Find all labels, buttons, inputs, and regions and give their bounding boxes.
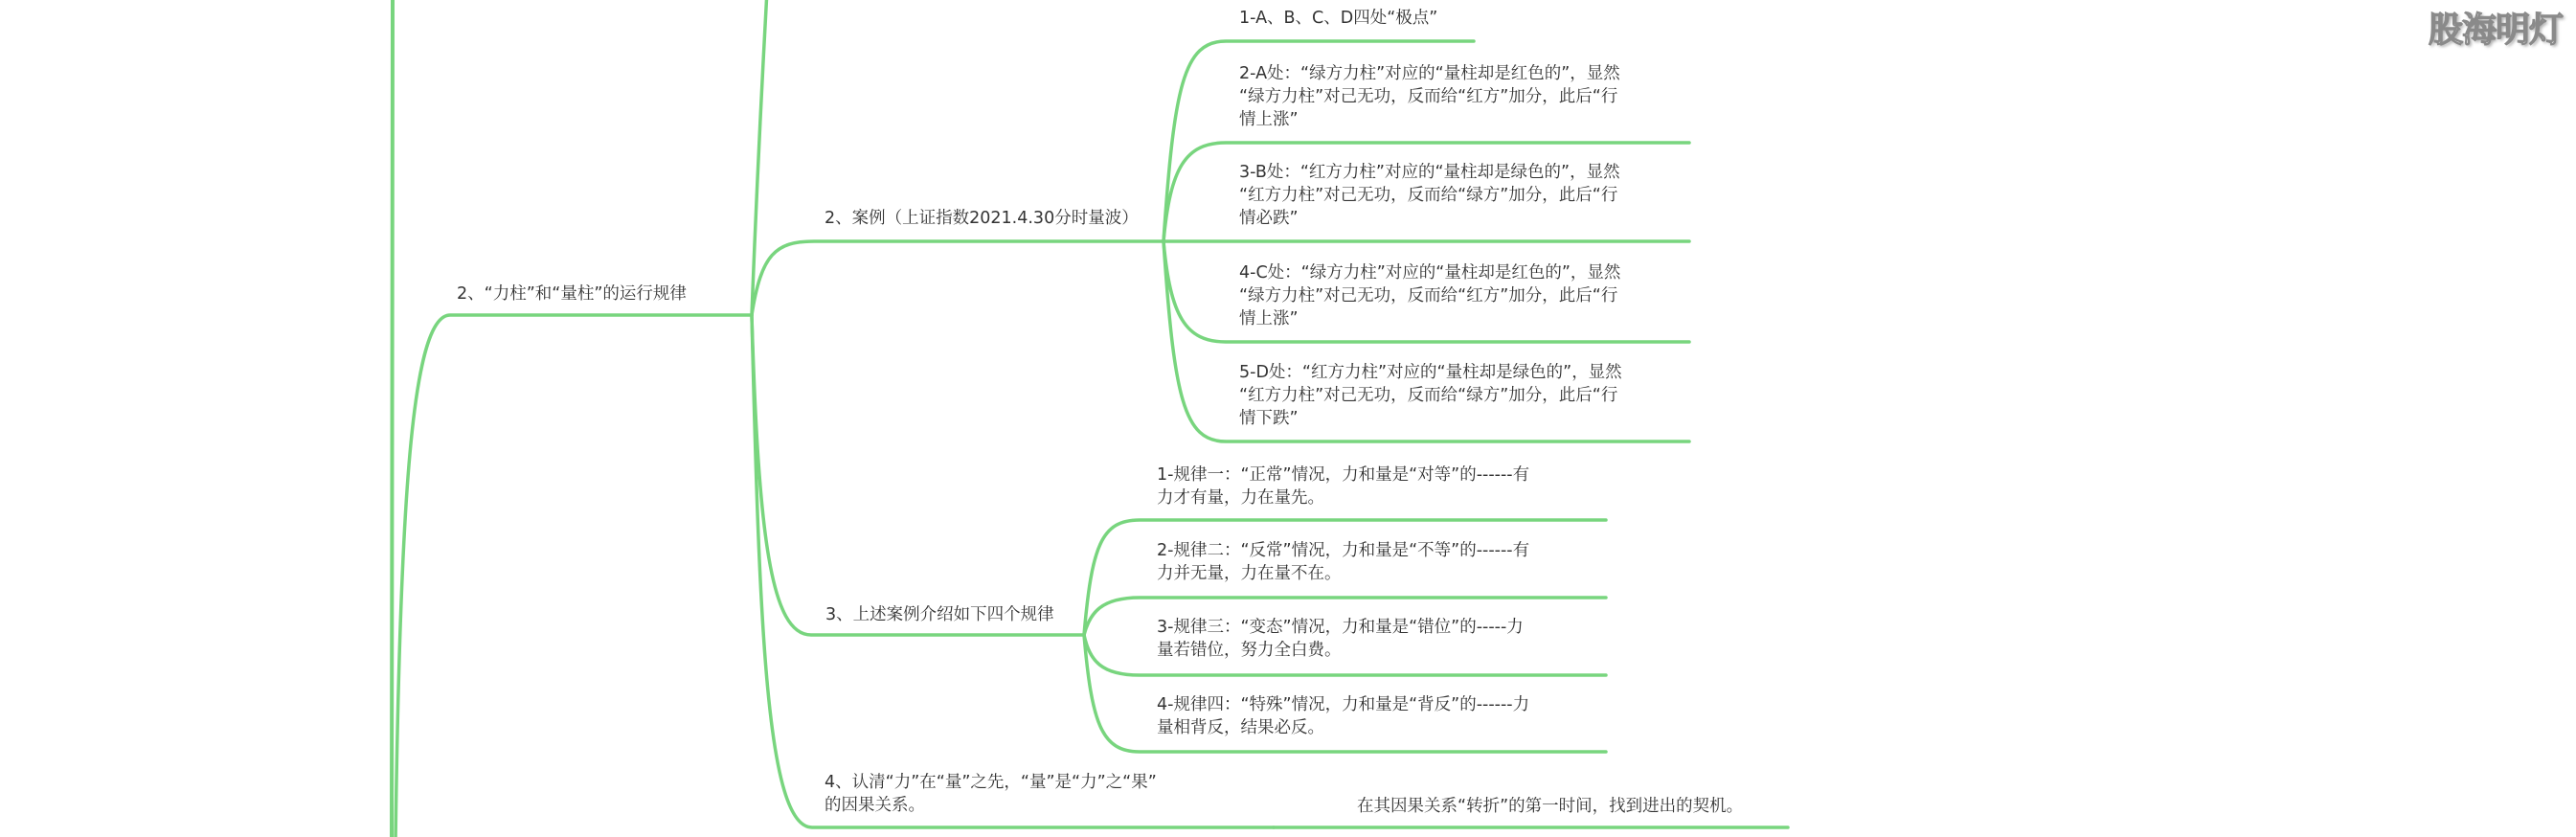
connector-to-rules-topic [752,315,1084,635]
topic-cause-effect-insight[interactable]: 4、认清“力”在“量”之先，“量”是“力”之“果” 的因果关系。 [825,771,1157,817]
topic-line: 情必跌” [1239,207,1620,230]
topic-case-point-b[interactable]: 3-B处：“红方力柱”对应的“量柱却是绿色的”，显然 “红方力柱”对己无功，反而… [1239,161,1620,230]
topic-line: 情上涨” [1239,108,1620,131]
topic-line: 的因果关系。 [825,794,1157,817]
topic-case-point-a[interactable]: 2-A处：“绿方力柱”对应的“量柱却是红色的”，显然 “绿方力柱”对己无功，反而… [1239,62,1620,131]
topic-line: 情上涨” [1239,307,1620,330]
topic-rule-4[interactable]: 4-规律四：“特殊”情况，力和量是“背反”的------力 量相背反，结果必反。 [1157,693,1529,739]
topic-line: 5-D处：“红方力柱”对应的“量柱却是绿色的”，显然 [1239,361,1622,384]
topic-case-point-d[interactable]: 5-D处：“红方力柱”对应的“量柱却是绿色的”，显然 “红方力柱”对己无功，反而… [1239,361,1622,430]
topic-line: 2-A处：“绿方力柱”对应的“量柱却是红色的”，显然 [1239,62,1620,85]
topic-line: 4、认清“力”在“量”之先，“量”是“力”之“果” [825,771,1157,794]
topic-line: “绿方力柱”对己无功，反而给“红方”加分，此后“行 [1239,85,1620,108]
topic-line: 量若错位，努力全白费。 [1157,639,1524,662]
connector-to-force-volume-topic [395,315,752,837]
topic-line: 3-B处：“红方力柱”对应的“量柱却是绿色的”，显然 [1239,161,1620,184]
topic-line: 力并无量，力在量不在。 [1157,562,1529,585]
topic-line: 2-规律二：“反常”情况，力和量是“不等”的------有 [1157,539,1529,562]
topic-four-rules[interactable]: 3、上述案例介绍如下四个规律 [825,603,1054,626]
watermark-logo: 股海明灯 [2429,10,2563,52]
topic-line: “红方力柱”对己无功，反而给“绿方”加分，此后“行 [1239,384,1622,407]
topic-force-volume-rules[interactable]: 2、“力柱”和“量柱”的运行规律 [457,283,687,305]
topic-line: “红方力柱”对己无功，反而给“绿方”加分，此后“行 [1239,184,1620,207]
topic-line: 4-C处：“绿方力柱”对应的“量柱却是红色的”，显然 [1239,261,1620,284]
topic-line: 量相背反，结果必反。 [1157,716,1529,739]
topic-rule-2[interactable]: 2-规律二：“反常”情况，力和量是“不等”的------有 力并无量，力在量不在… [1157,539,1529,585]
topic-line: 1-规律一：“正常”情况，力和量是“对等”的------有 [1157,464,1529,486]
topic-case-extreme-points[interactable]: 1-A、B、C、D四处“极点” [1239,7,1437,30]
topic-case-point-c[interactable]: 4-C处：“绿方力柱”对应的“量柱却是红色的”，显然 “绿方力柱”对己无功，反而… [1239,261,1620,330]
topic-case-example[interactable]: 2、案例（上证指数2021.4.30分时量波） [825,207,1139,230]
connector-trunk-vertical [392,0,393,837]
topic-label: 2、“力柱”和“量柱”的运行规律 [457,283,687,305]
topic-rule-3[interactable]: 3-规律三：“变态”情况，力和量是“错位”的-----力 量若错位，努力全白费。 [1157,616,1524,662]
topic-rule-1[interactable]: 1-规律一：“正常”情况，力和量是“对等”的------有 力才有量，力在量先。 [1157,464,1529,509]
topic-label: 3、上述案例介绍如下四个规律 [825,603,1054,626]
topic-line: 在其因果关系“转折”的第一时间，找到进出的契机。 [1357,795,1743,818]
topic-line: 4-规律四：“特殊”情况，力和量是“背反”的------力 [1157,693,1529,716]
connector-to-case-topic [752,241,1164,315]
topic-line: “绿方力柱”对己无功，反而给“红方”加分，此后“行 [1239,284,1620,307]
topic-label: 2、案例（上证指数2021.4.30分时量波） [825,207,1139,230]
topic-line: 1-A、B、C、D四处“极点” [1239,7,1437,30]
topic-line: 情下跌” [1239,407,1622,430]
topic-turning-point-timing[interactable]: 在其因果关系“转折”的第一时间，找到进出的契机。 [1357,795,1743,818]
topic-line: 力才有量，力在量先。 [1157,486,1529,509]
topic-line: 3-规律三：“变态”情况，力和量是“错位”的-----力 [1157,616,1524,639]
